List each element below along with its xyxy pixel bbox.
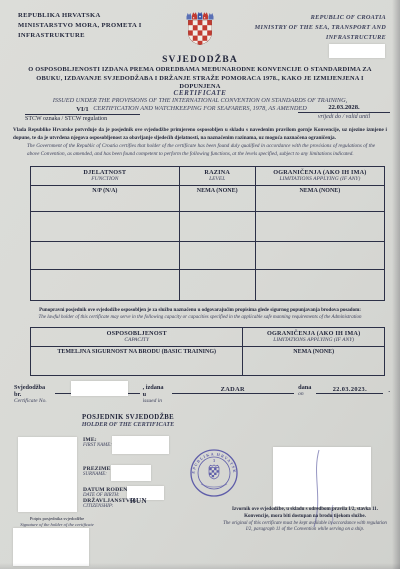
coat-checkerboard	[188, 20, 212, 46]
holder-heading: POSJEDNIK SVJEDODŽBE HOLDER OF THE CERTI…	[58, 414, 198, 428]
limitations-cell	[255, 242, 384, 270]
header-level-hr: RAZINA	[183, 169, 252, 176]
certificate-document: REPUBLIKA HRVATSKA MINISTARSTVO MORA, PR…	[0, 0, 400, 569]
issue-place-value: ZADAR	[172, 384, 295, 394]
functions-table-header-row: DJELATNOST FUNCTION RAZINA LEVEL OGRANIČ…	[31, 167, 385, 186]
redacted-holder-signature	[13, 528, 89, 566]
certificate-number-field	[55, 384, 139, 394]
ministry-title-croatian: REPUBLIKA HRVATSKA MINISTARSTVO MORA, PR…	[18, 11, 173, 42]
first-name-field: IME: FIRST NAME:	[83, 437, 112, 448]
functions-table: DJELATNOST FUNCTION RAZINA LEVEL OGRANIČ…	[30, 166, 385, 301]
certificate-no-label-en: Certificate No.	[14, 398, 52, 404]
capacity-cell: TEMELJNA SIGURNOST NA BRODU (BASIC TRAIN…	[31, 347, 243, 376]
header-limitations-hr: OGRANIČENJA (AKO IH IMA)	[259, 169, 381, 176]
statement-croatian: Vlada Republike Hrvatske potvrđuje da je…	[13, 127, 387, 143]
certificate-title-croatian: SVJEDODŽBA	[0, 55, 400, 65]
stcw-regulation-value: VI/1	[25, 106, 140, 115]
header-line: INFRASTRUCTURE	[236, 33, 386, 43]
table-row-empty	[31, 270, 385, 301]
ministry-title-english: REPUBLIC OF CROATIA MINISTRY OF THE SEA,…	[236, 13, 386, 42]
trailing-period: .	[388, 387, 390, 394]
citizenship-value: HUN	[130, 497, 147, 505]
header-line: MINISTRY OF THE SEA, TRANSPORT AND	[236, 23, 386, 33]
capacity-statement-croatian: Punopravni posjednik ove svjedodžbe ospo…	[10, 307, 390, 314]
holder-heading-en: HOLDER OF THE CERTIFICATE	[58, 421, 198, 428]
redacted-holder-photo	[18, 437, 77, 512]
issued-in-label: , izdana u issued in	[143, 384, 168, 404]
header-line: MINISTARSTVO MORA, PROMETA I	[18, 21, 173, 31]
header-function-hr: DJELATNOST	[34, 169, 176, 176]
certificate-issue-line: Svjedodžba br. Certificate No. , izdana …	[14, 384, 390, 404]
capacity-limitations-cell: NEMA (NONE)	[243, 347, 385, 376]
surname-field: PREZIME: SURNAME:	[83, 466, 113, 477]
capacity-statement-english: The lawful holder of this certificate ma…	[10, 315, 390, 320]
table-row-empty	[31, 242, 385, 270]
header-function: DJELATNOST FUNCTION	[31, 167, 180, 186]
certificate-title-english: CERTIFICATE	[0, 89, 400, 97]
issue-date-label-en: on	[298, 391, 311, 397]
header-line: REPUBLIC OF CROATIA	[236, 13, 386, 23]
header-function-en: FUNCTION	[34, 176, 176, 182]
redacted-signature-area	[273, 447, 371, 507]
valid-until-field: 22.03.2028. vrijedi do / valid until	[298, 104, 390, 120]
table-row: TEMELJNA SIGURNOST NA BRODU (BASIC TRAIN…	[31, 347, 385, 376]
stamp-number: 3	[213, 458, 215, 463]
statement-english: The Government of the Republic of Croati…	[27, 143, 375, 158]
header-level: RAZINA LEVEL	[179, 167, 255, 186]
header-limitations: OGRANIČENJA (AKO IH IMA) LIMITATIONS APP…	[255, 167, 384, 186]
croatian-coat-of-arms-icon	[185, 8, 215, 51]
note-croatian: Izvornik ove svjedodžbe, u skladu s odre…	[222, 507, 388, 521]
table-row: N/P (N/A) NEMA (NONE) NEMA (NONE)	[31, 186, 385, 212]
capacity-table: OSPOSOBLJENOST CAPACITY OGRANIČENJA (AKO…	[30, 327, 385, 376]
original-onboard-note: Izvornik ove svjedodžbe, u skladu s odre…	[222, 507, 388, 534]
function-cell	[31, 270, 180, 301]
level-cell	[179, 242, 255, 270]
citizenship-field: DRŽAVLJANSTVO: CITIZENSHIP:	[83, 498, 137, 509]
holder-heading-hr: POSJEDNIK SVJEDODŽBE	[58, 414, 198, 421]
header-capacity-en: CAPACITY	[34, 337, 239, 343]
issue-date-label-hr: dana	[298, 384, 311, 391]
header-capacity-limitations: OGRANIČENJA (AKO IH IMA) LIMITATIONS APP…	[243, 328, 385, 347]
redacted-certificate-number	[71, 381, 128, 396]
official-round-stamp: REPUBLIKA HRVATSKA 3	[189, 448, 239, 503]
level-cell	[179, 270, 255, 301]
function-cell: N/P (N/A)	[31, 186, 180, 212]
issued-in-label-en: issued in	[143, 398, 168, 404]
table-row-empty	[31, 212, 385, 242]
header-line: INFRASTRUKTURE	[18, 31, 173, 41]
function-cell	[31, 242, 180, 270]
capacity-table-header-row: OSPOSOBLJENOST CAPACITY OGRANIČENJA (AKO…	[31, 328, 385, 347]
valid-until-label: vrijedi do / valid until	[298, 113, 390, 120]
header-capacity-limitations-en: LIMITATIONS APPLYING (IF ANY)	[246, 337, 381, 343]
function-cell	[31, 212, 180, 242]
header-limitations-en: LIMITATIONS APPLYING (IF ANY)	[259, 176, 381, 182]
limitations-cell: NEMA (NONE)	[255, 186, 384, 212]
header-line: REPUBLIKA HRVATSKA	[18, 11, 173, 21]
limitations-cell	[255, 270, 384, 301]
header-capacity: OSPOSOBLJENOST CAPACITY	[31, 328, 243, 347]
level-cell: NEMA (NONE)	[179, 186, 255, 212]
redacted-first-name	[112, 436, 169, 454]
level-cell	[179, 212, 255, 242]
issue-date-value: 22.03.2023.	[316, 384, 383, 394]
stcw-regulation-label: STCW oznaka / STCW regulation	[25, 115, 140, 122]
certificate-no-label: Svjedodžba br. Certificate No.	[14, 384, 52, 404]
limitations-cell	[255, 212, 384, 242]
certificate-no-label-hr: Svjedodžba br.	[14, 384, 52, 398]
citizenship-label-en: CITIZENSHIP:	[83, 504, 137, 509]
coat-crown	[187, 12, 214, 20]
stcw-regulation-field: VI/1 STCW oznaka / STCW regulation	[25, 106, 140, 122]
surname-label-en: SURNAME:	[83, 472, 113, 477]
first-name-label-en: FIRST NAME:	[83, 443, 112, 448]
redacted-surname	[111, 465, 151, 481]
header-level-en: LEVEL	[183, 176, 252, 182]
note-english: The original of this certificate must be…	[222, 521, 388, 534]
issue-date-label: dana on	[298, 384, 311, 397]
header-capacity-limitations-hr: OGRANIČENJA (AKO IH IMA)	[246, 330, 381, 337]
valid-until-value: 22.03.2028.	[298, 104, 390, 113]
header-capacity-hr: OSPOSOBLJENOST	[34, 330, 239, 337]
stamp-coat-of-arms	[209, 465, 219, 479]
signature-caption: Potpis posjednika svjedodžbe Signature o…	[14, 516, 100, 528]
issued-in-label-hr: , izdana u	[143, 384, 168, 398]
